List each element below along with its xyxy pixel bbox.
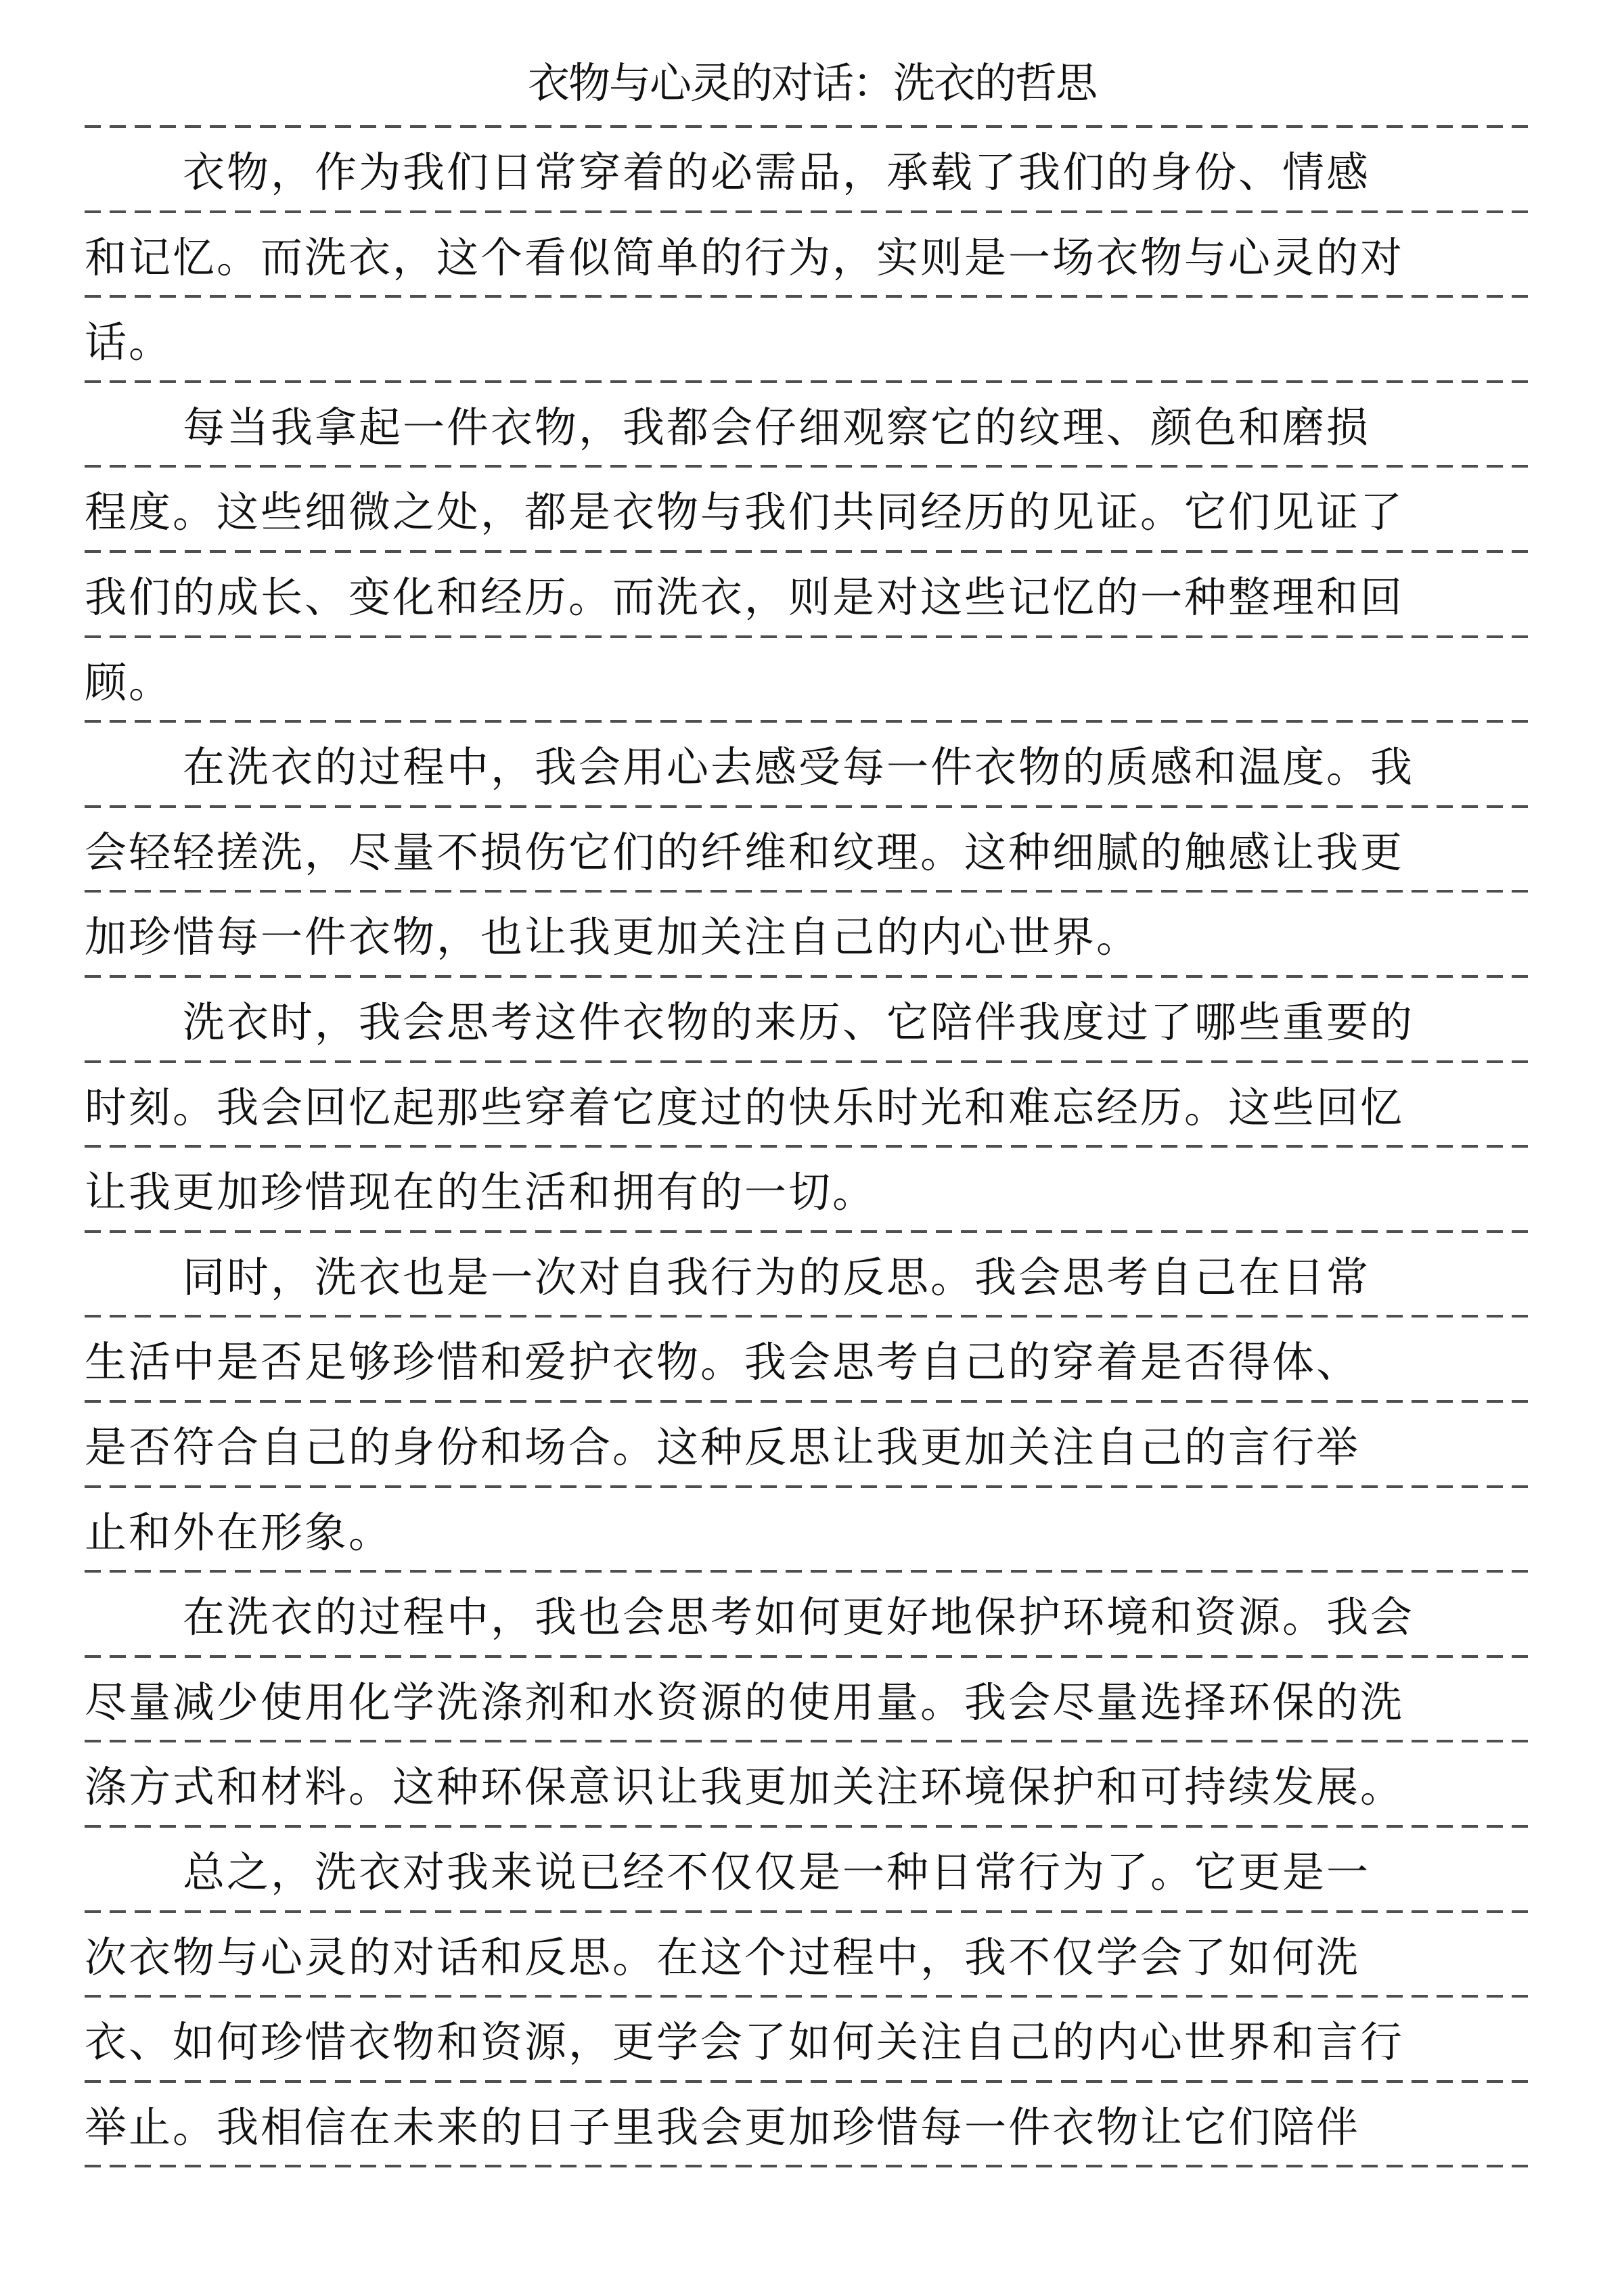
line-text: 举止。我相信在未来的日子里我会更加珍惜每一件衣物让它们陪伴 [85,2094,1360,2161]
dashed-rule-line [85,210,1534,213]
text-line: 程度。这些细微之处，都是衣物与我们共同经历的见证。它们见证了 [85,478,1534,546]
line-text: 我们的成长、变化和经历。而洗衣，则是对这些记忆的一种整理和回 [85,564,1404,631]
dashed-rule-line [85,635,1534,638]
line-text: 每当我拿起一件衣物，我都会仔细观察它的纹理、颜色和磨损 [85,394,1370,462]
paragraph-first-line: 在洗衣的过程中，我也会思考如何更好地保护环境和资源。我会 [85,1583,1534,1651]
line-text: 止和外在形象。 [85,1499,392,1567]
line-text: 生活中是否足够珍惜和爱护衣物。我会思考自己的穿着是否得体、 [85,1328,1360,1396]
paragraph-first-line: 同时，洗衣也是一次对自我行为的反思。我会思考自己在日常 [85,1244,1534,1311]
dashed-rule-line [85,1400,1534,1403]
line-text: 是否符合自己的身份和场合。这种反思让我更加关注自己的言行举 [85,1414,1360,1481]
dashed-rule-line [85,805,1534,808]
paragraph-first-line: 衣物，作为我们日常穿着的必需品，承载了我们的身份、情感 [85,139,1534,206]
line-text: 次衣物与心灵的对话和反思。在这个过程中，我不仅学会了如何洗 [85,1924,1360,1991]
dashed-rule-line [85,295,1534,298]
document-title: 衣物与心灵的对话：洗衣的哲思 [0,53,1624,114]
text-line: 和记忆。而洗衣，这个看似简单的行为，实则是一场衣物与心灵的对 [85,224,1534,292]
dashed-rule-line [85,1145,1534,1148]
text-line: 举止。我相信在未来的日子里我会更加珍惜每一件衣物让它们陪伴 [85,2094,1534,2161]
paragraph-first-line: 在洗衣的过程中，我会用心去感受每一件衣物的质感和温度。我 [85,734,1534,801]
line-text: 在洗衣的过程中，我也会思考如何更好地保护环境和资源。我会 [85,1583,1414,1651]
dashed-rule-line [85,465,1534,468]
line-text: 加珍惜每一件衣物，也让我更加关注自己的内心世界。 [85,903,1140,971]
text-line: 话。 [85,309,1534,376]
dashed-rule-line [85,890,1534,893]
dashed-rule-line [85,1485,1534,1488]
text-line: 次衣物与心灵的对话和反思。在这个过程中，我不仅学会了如何洗 [85,1924,1534,1991]
text-line: 是否符合自己的身份和场合。这种反思让我更加关注自己的言行举 [85,1414,1534,1481]
dashed-rule-line [85,550,1534,553]
text-line: 让我更加珍惜现在的生活和拥有的一切。 [85,1158,1534,1226]
line-text: 顾。 [85,649,173,717]
dashed-rule-line [85,975,1534,978]
dashed-rule-line [85,1570,1534,1573]
line-text: 话。 [85,309,173,376]
text-line: 止和外在形象。 [85,1499,1534,1567]
dashed-rule-line [85,1315,1534,1318]
line-text: 会轻轻搓洗，尽量不损伤它们的纤维和纹理。这种细腻的触感让我更 [85,819,1404,886]
line-text: 尽量减少使用化学洗涤剂和水资源的使用量。我会尽量选择环保的洗 [85,1669,1404,1736]
text-line: 顾。 [85,649,1534,717]
line-text: 时刻。我会回忆起那些穿着它度过的快乐时光和难忘经历。这些回忆 [85,1074,1404,1142]
text-line: 衣、如何珍惜衣物和资源，更学会了如何关注自己的内心世界和言行 [85,2008,1534,2076]
line-text: 让我更加珍惜现在的生活和拥有的一切。 [85,1158,876,1226]
text-line: 加珍惜每一件衣物，也让我更加关注自己的内心世界。 [85,903,1534,971]
text-line: 涤方式和材料。这种环保意识让我更加关注环境保护和可持续发展。 [85,1753,1534,1821]
text-line: 尽量减少使用化学洗涤剂和水资源的使用量。我会尽量选择环保的洗 [85,1669,1534,1736]
line-text: 衣、如何珍惜衣物和资源，更学会了如何关注自己的内心世界和言行 [85,2008,1404,2076]
dashed-rule-line [85,1740,1534,1742]
line-text: 涤方式和材料。这种环保意识让我更加关注环境保护和可持续发展。 [85,1753,1404,1821]
dashed-rule-line [85,1230,1534,1233]
line-text: 衣物，作为我们日常穿着的必需品，承载了我们的身份、情感 [85,139,1370,206]
text-line: 生活中是否足够珍惜和爱护衣物。我会思考自己的穿着是否得体、 [85,1328,1534,1396]
paragraph-first-line: 每当我拿起一件衣物，我都会仔细观察它的纹理、颜色和磨损 [85,394,1534,462]
dashed-rule-line [85,1825,1534,1828]
text-line: 会轻轻搓洗，尽量不损伤它们的纤维和纹理。这种细腻的触感让我更 [85,819,1534,886]
dashed-rule-line [85,125,1534,128]
line-text: 程度。这些细微之处，都是衣物与我们共同经历的见证。它们见证了 [85,478,1404,546]
dashed-rule-line [85,2165,1534,2167]
line-text: 和记忆。而洗衣，这个看似简单的行为，实则是一场衣物与心灵的对 [85,224,1404,292]
dashed-rule-line [85,1995,1534,1998]
text-line: 我们的成长、变化和经历。而洗衣，则是对这些记忆的一种整理和回 [85,564,1534,631]
dashed-rule-line [85,2080,1534,2083]
handwritten-document-page: 衣物与心灵的对话：洗衣的哲思 衣物，作为我们日常穿着的必需品，承载了我们的身份、… [0,0,1624,2296]
text-line: 时刻。我会回忆起那些穿着它度过的快乐时光和难忘经历。这些回忆 [85,1074,1534,1142]
line-text: 洗衣时，我会思考这件衣物的来历、它陪伴我度过了哪些重要的 [85,989,1414,1056]
paragraph-first-line: 洗衣时，我会思考这件衣物的来历、它陪伴我度过了哪些重要的 [85,989,1534,1056]
dashed-rule-line [85,1655,1534,1658]
paragraph-first-line: 总之，洗衣对我来说已经不仅仅是一种日常行为了。它更是一 [85,1839,1534,1906]
dashed-rule-line [85,1910,1534,1913]
dashed-rule-line [85,380,1534,383]
dashed-rule-line [85,1060,1534,1063]
line-text: 总之，洗衣对我来说已经不仅仅是一种日常行为了。它更是一 [85,1839,1370,1906]
line-text: 在洗衣的过程中，我会用心去感受每一件衣物的质感和温度。我 [85,734,1414,801]
line-text: 同时，洗衣也是一次对自我行为的反思。我会思考自己在日常 [85,1244,1370,1311]
dashed-rule-line [85,720,1534,723]
